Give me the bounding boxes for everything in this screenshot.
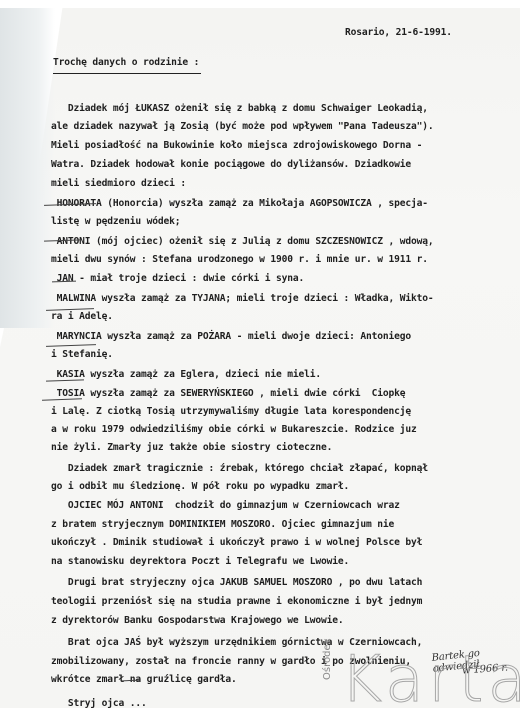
- letter-line: mieli siedmioro dzieci :: [51, 178, 186, 189]
- letter-line: Dziadek zmarł tragicznie : źrebak, które…: [51, 463, 428, 474]
- letter-line: TOSIA wyszła zamąż za SEWERYŃSKIEGO , mi…: [51, 388, 405, 399]
- bottom-edge: [0, 708, 525, 714]
- letter-line: OJCIEC MÓJ ANTONI chodził do gimnazjum w…: [51, 500, 400, 511]
- letter-line: na stanowisku deyrektora Poczt i Telegra…: [51, 556, 349, 567]
- osrodek-watermark-label: Ośrodek: [322, 639, 333, 680]
- letter-date: Rosario, 21-6-1991.: [345, 27, 452, 38]
- karta-watermark: Karta: [340, 648, 525, 712]
- letter-line: Mieli posiadłość na Bukowinie koło miejs…: [51, 140, 422, 151]
- letter-line: z dyrektorów Banku Gospodarstwa Krajoweg…: [51, 615, 344, 626]
- letter-line: i Stefanię.: [51, 349, 113, 360]
- letter-line: listę w pędzeniu wódek;: [51, 216, 180, 227]
- letter-line: teologii przeniósł się na studia prawne …: [51, 596, 422, 607]
- pen-underline-kasia: [46, 379, 84, 381]
- letter-line: HONORATA (Honorcia) wyszła zamąż za Miko…: [51, 198, 428, 209]
- letter-line: wkrótce zmarł na gruźlicę gardła.: [51, 674, 237, 685]
- pen-underline-tosia: [42, 398, 82, 400]
- letter-line: mieli dwu synów : Stefana urodzonego w 1…: [51, 254, 428, 265]
- letter-line: MARYNCIA wyszła zamąż za POŻARA - mieli …: [51, 331, 411, 342]
- letter-line: a w roku 1979 odwiedziliśmy obie córki w…: [51, 424, 417, 435]
- letter-line: go i odbił mu śledzionę. W pół roku po w…: [51, 481, 349, 492]
- letter-line: ANTONI (mój ojciec) ożenił się z Julią z…: [51, 236, 434, 247]
- letter-line: ra i Adelę.: [51, 311, 113, 322]
- letter-line: i Lalę. Z ciotką Tosią utrzymywaliśmy dł…: [51, 406, 411, 417]
- letter-line: Watra. Dziadek hodował konie pociągowe d…: [51, 159, 411, 170]
- letter-line: MALWINA wyszła zamąż za TYJANA; mieli tr…: [51, 293, 434, 304]
- letter-line: z bratem stryjecznym DOMINIKIEM MOSZORO.…: [51, 519, 394, 530]
- letter-line: Drugi brat stryjeczny ojca JAKUB SAMUEL …: [51, 577, 422, 588]
- letter-title: Trochę danych o rodzinie :: [53, 57, 199, 68]
- letter-line: ale dziadek nazywał ją Zosią (być może p…: [51, 121, 434, 132]
- title-underline: [53, 73, 201, 74]
- letter-line: Dziadek mój ŁUKASZ ożenił się z babką z …: [51, 103, 428, 114]
- letter-line: KASIA wyszła zamąż za Eglera, dzieci nie…: [51, 369, 321, 380]
- letter-line: nie żyli. Zmarły juz także obie siostry …: [51, 442, 332, 453]
- typewritten-letter: Rosario, 21-6-1991. Trochę danych o rodz…: [0, 0, 525, 714]
- letter-line: JAN - miał troje dzieci : dwie córki i s…: [51, 273, 304, 284]
- pen-underline-maryncia: [46, 344, 96, 347]
- letter-line: ukończył . Dminik studiował i ukończył p…: [51, 537, 422, 548]
